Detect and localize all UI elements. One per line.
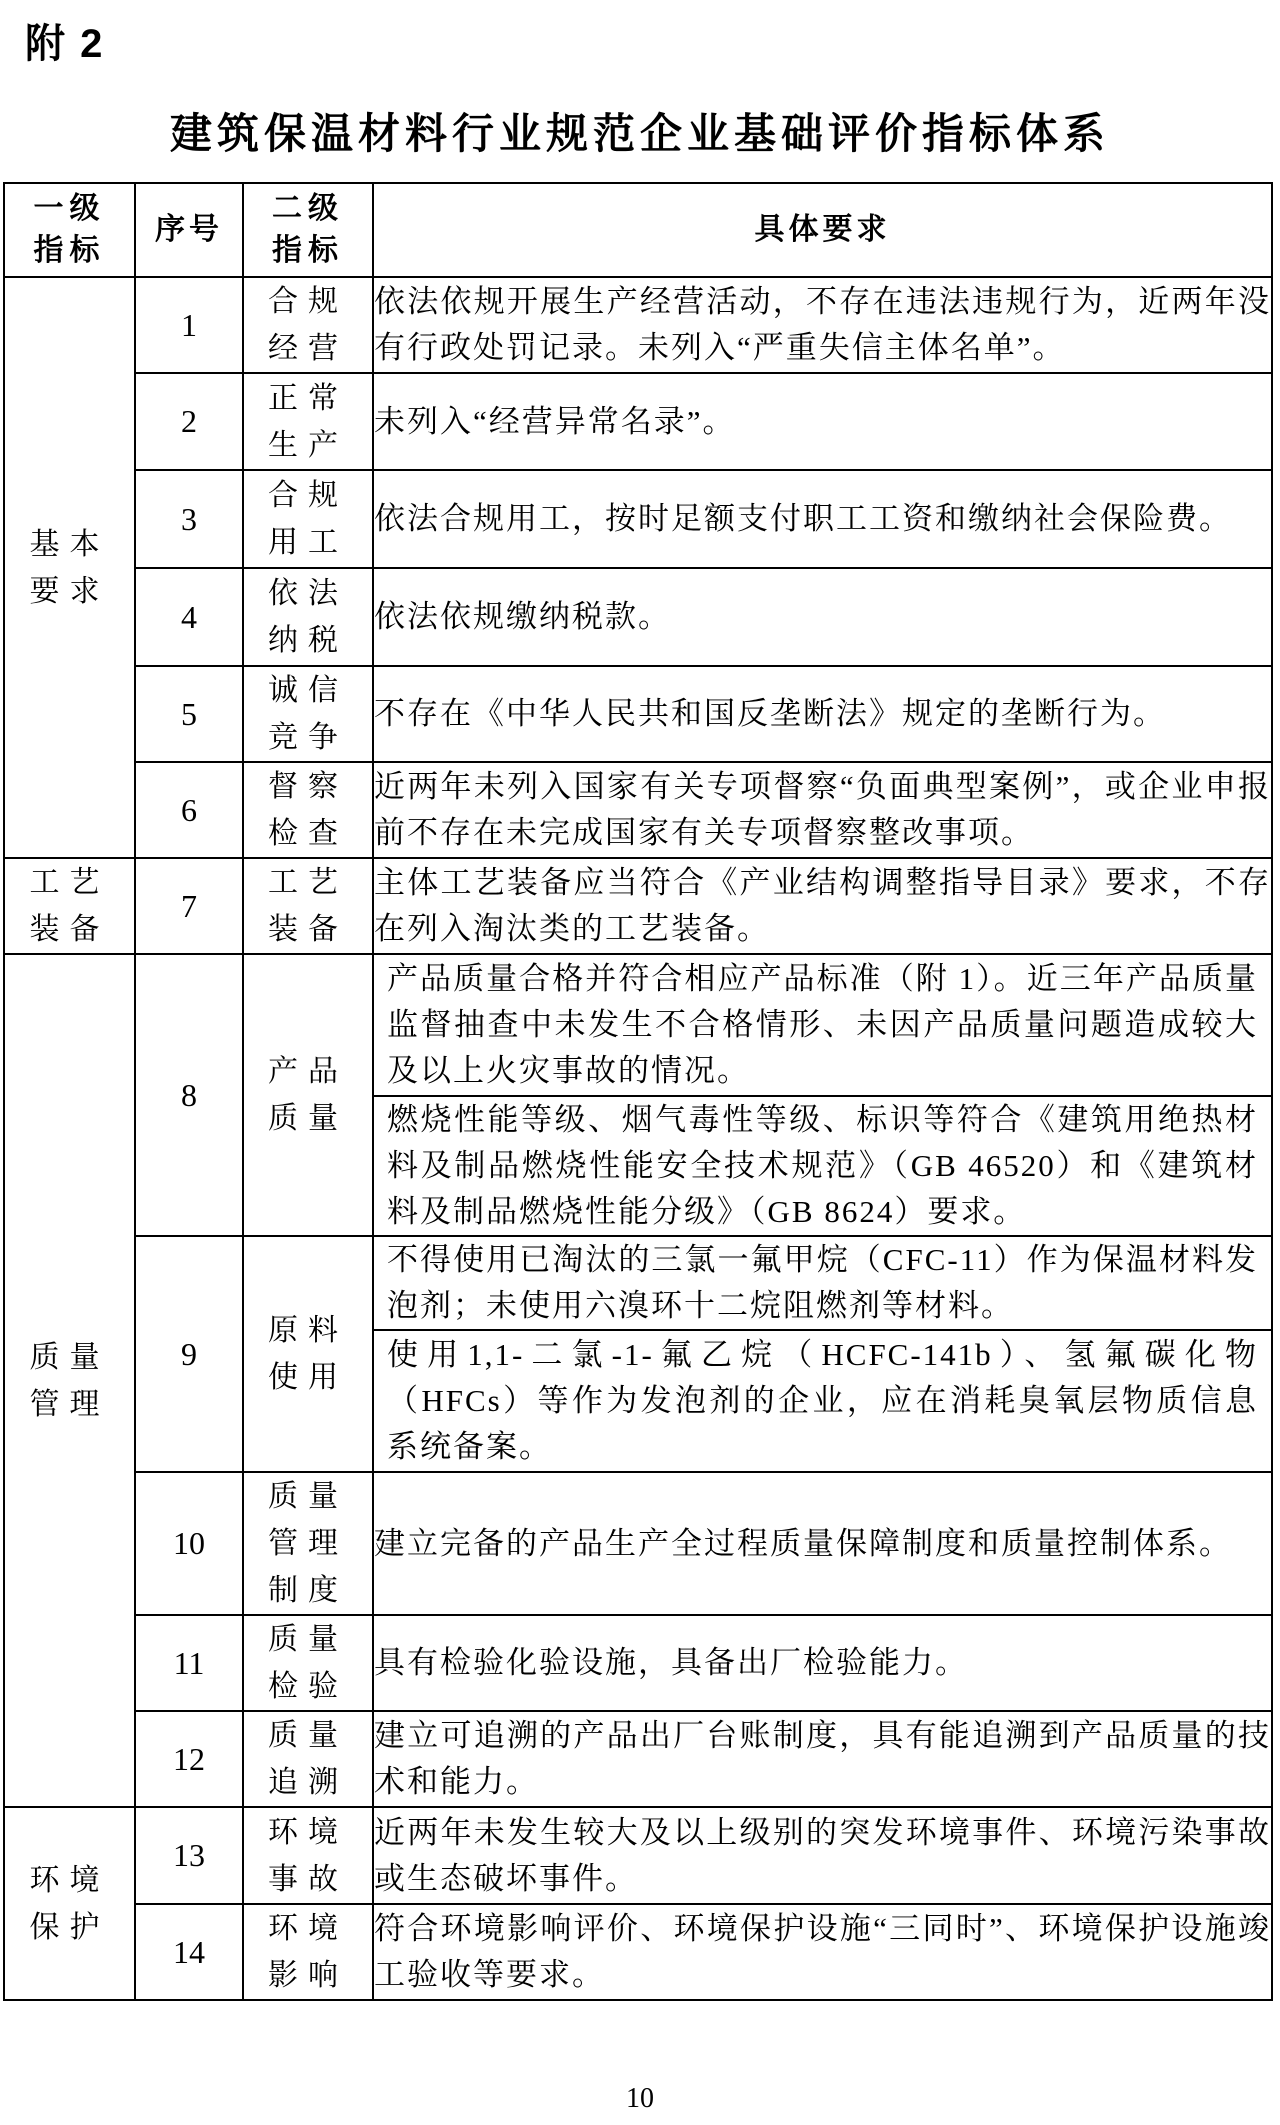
- header-level1-indicator: 一级指标: [4, 183, 135, 277]
- indicator-cell: 产品质量: [243, 954, 373, 1236]
- indicator-label: 依法纳税: [266, 570, 350, 664]
- requirement-cell: 依法合规用工，按时足额支付职工工资和缴纳社会保险费。: [373, 470, 1272, 568]
- requirement-cell: 产品质量合格并符合相应产品标准（附 1）。近三年产品质量监督抽查中未发生不合格情…: [373, 954, 1272, 1236]
- requirement-cell: 依法依规开展生产经营活动，不存在违法违规行为，近两年没有行政处罚记录。未列入“严…: [373, 277, 1272, 373]
- indicator-cell: 合规用工: [243, 470, 373, 568]
- page-number: 10: [0, 2083, 1280, 2115]
- indicator-cell: 合规经营: [243, 277, 373, 373]
- requirement-cell: 建立完备的产品生产全过程质量保障制度和质量控制体系。: [373, 1472, 1272, 1615]
- table-row: 4 依法纳税 依法依规缴纳税款。: [4, 568, 1272, 666]
- header-requirement: 具体要求: [373, 183, 1272, 277]
- requirement-cell: 符合环境影响评价、环境保护设施“三同时”、环境保护设施竣工验收等要求。: [373, 1904, 1272, 2000]
- indicator-cell: 诚信竞争: [243, 666, 373, 762]
- table-row: 基本要求 1 合规经营 依法依规开展生产经营活动，不存在违法违规行为，近两年没有…: [4, 277, 1272, 373]
- requirement-text: 燃烧性能等级、烟气毒性等级、标识等符合《建筑用绝热材料及制品燃烧性能安全技术规范…: [387, 1097, 1258, 1235]
- indicator-label: 工艺装备: [266, 859, 350, 953]
- requirement-cell: 建立可追溯的产品出厂台账制度，具有能追溯到产品质量的技术和能力。: [373, 1711, 1272, 1807]
- requirement-cell: 不存在《中华人民共和国反垄断法》规定的垄断行为。: [373, 666, 1272, 762]
- indicator-label: 质量追溯: [266, 1712, 350, 1806]
- group-label: 基本要求: [28, 521, 112, 615]
- requirement-cell: 近两年未列入国家有关专项督察“负面典型案例”，或企业申报前不存在未完成国家有关专…: [373, 762, 1272, 858]
- table-row: 12 质量追溯 建立可追溯的产品出厂台账制度，具有能追溯到产品质量的技术和能力。: [4, 1711, 1272, 1807]
- requirement-text: 产品质量合格并符合相应产品标准（附 1）。近三年产品质量监督抽查中未发生不合格情…: [387, 956, 1258, 1094]
- requirement-subcell: 产品质量合格并符合相应产品标准（附 1）。近三年产品质量监督抽查中未发生不合格情…: [374, 955, 1271, 1095]
- requirement-subcell: 不得使用已淘汰的三氯一氟甲烷（CFC-11）作为保温材料发泡剂；未使用六溴环十二…: [374, 1237, 1271, 1329]
- header-level1-label: 一级指标: [31, 188, 109, 272]
- group-cell-process-equipment: 工艺装备: [4, 858, 135, 954]
- header-level2-indicator: 二级指标: [243, 183, 373, 277]
- seq-cell: 6: [135, 762, 243, 858]
- indicator-cell: 依法纳税: [243, 568, 373, 666]
- table-row: 质量管理 8 产品质量 产品质量合格并符合相应产品标准（附 1）。近三年产品质量…: [4, 954, 1272, 1236]
- seq-cell: 11: [135, 1615, 243, 1711]
- table-row: 9 原料使用 不得使用已淘汰的三氯一氟甲烷（CFC-11）作为保温材料发泡剂；未…: [4, 1236, 1272, 1472]
- table-row: 5 诚信竞争 不存在《中华人民共和国反垄断法》规定的垄断行为。: [4, 666, 1272, 762]
- seq-cell: 9: [135, 1236, 243, 1472]
- group-label: 工艺装备: [28, 859, 112, 953]
- indicator-cell: 环境事故: [243, 1807, 373, 1904]
- indicator-label: 合规用工: [266, 472, 350, 566]
- seq-cell: 5: [135, 666, 243, 762]
- table-row: 3 合规用工 依法合规用工，按时足额支付职工工资和缴纳社会保险费。: [4, 470, 1272, 568]
- indicator-cell: 质量管理制度: [243, 1472, 373, 1615]
- seq-cell: 1: [135, 277, 243, 373]
- header-level2-label: 二级指标: [269, 188, 347, 272]
- group-label: 质量管理: [28, 1334, 112, 1428]
- indicator-label: 产品质量: [266, 1048, 350, 1142]
- indicator-label: 环境影响: [266, 1905, 350, 1999]
- indicator-cell: 质量追溯: [243, 1711, 373, 1807]
- requirement-cell: 未列入“经营异常名录”。: [373, 373, 1272, 470]
- indicator-label: 诚信竞争: [266, 667, 350, 761]
- indicator-label: 正常生产: [266, 375, 350, 469]
- table-row: 2 正常生产 未列入“经营异常名录”。: [4, 373, 1272, 470]
- indicator-cell: 质量检验: [243, 1615, 373, 1711]
- seq-cell: 12: [135, 1711, 243, 1807]
- seq-cell: 7: [135, 858, 243, 954]
- seq-cell: 2: [135, 373, 243, 470]
- indicator-label: 督察检查: [266, 763, 350, 857]
- table-header-row: 一级指标 序号 二级指标 具体要求: [4, 183, 1272, 277]
- requirement-cell: 主体工艺装备应当符合《产业结构调整指导目录》要求，不存在列入淘汰类的工艺装备。: [373, 858, 1272, 954]
- requirement-text: 使用1,1-二氯-1-氟乙烷（HCFC-141b）、氢氟碳化物（HFCs）等作为…: [387, 1332, 1258, 1470]
- group-cell-environmental-protection: 环境保护: [4, 1807, 135, 2000]
- evaluation-indicator-table: 一级指标 序号 二级指标 具体要求 基本要求 1 合规经营 依法依规开展生产经营…: [3, 182, 1273, 2001]
- attachment-label: 附 2: [25, 12, 104, 69]
- table-row: 10 质量管理制度 建立完备的产品生产全过程质量保障制度和质量控制体系。: [4, 1472, 1272, 1615]
- group-cell-basic-requirements: 基本要求: [4, 277, 135, 858]
- requirement-cell: 依法依规缴纳税款。: [373, 568, 1272, 666]
- indicator-cell: 督察检查: [243, 762, 373, 858]
- indicator-label: 质量检验: [266, 1616, 350, 1710]
- requirement-subcell: 燃烧性能等级、烟气毒性等级、标识等符合《建筑用绝热材料及制品燃烧性能安全技术规范…: [374, 1095, 1271, 1235]
- indicator-label: 合规经营: [266, 278, 350, 372]
- requirement-cell: 不得使用已淘汰的三氯一氟甲烷（CFC-11）作为保温材料发泡剂；未使用六溴环十二…: [373, 1236, 1272, 1472]
- header-seq: 序号: [135, 183, 243, 277]
- indicator-label: 质量管理制度: [266, 1473, 350, 1614]
- seq-cell: 4: [135, 568, 243, 666]
- seq-cell: 14: [135, 1904, 243, 2000]
- indicator-label: 原料使用: [266, 1307, 350, 1401]
- requirement-cell: 具有检验化验设施，具备出厂检验能力。: [373, 1615, 1272, 1711]
- requirement-cell: 近两年未发生较大及以上级别的突发环境事件、环境污染事故或生态破坏事件。: [373, 1807, 1272, 1904]
- table-row: 工艺装备 7 工艺装备 主体工艺装备应当符合《产业结构调整指导目录》要求，不存在…: [4, 858, 1272, 954]
- table-row: 环境保护 13 环境事故 近两年未发生较大及以上级别的突发环境事件、环境污染事故…: [4, 1807, 1272, 1904]
- page-title: 建筑保温材料行业规范企业基础评价指标体系: [0, 101, 1280, 161]
- indicator-label: 环境事故: [266, 1809, 350, 1903]
- group-cell-quality-management: 质量管理: [4, 954, 135, 1807]
- requirement-subcell: 使用1,1-二氯-1-氟乙烷（HCFC-141b）、氢氟碳化物（HFCs）等作为…: [374, 1329, 1271, 1471]
- seq-cell: 13: [135, 1807, 243, 1904]
- indicator-cell: 原料使用: [243, 1236, 373, 1472]
- indicator-cell: 正常生产: [243, 373, 373, 470]
- table-row: 14 环境影响 符合环境影响评价、环境保护设施“三同时”、环境保护设施竣工验收等…: [4, 1904, 1272, 2000]
- seq-cell: 8: [135, 954, 243, 1236]
- requirement-text: 不得使用已淘汰的三氯一氟甲烷（CFC-11）作为保温材料发泡剂；未使用六溴环十二…: [387, 1237, 1258, 1329]
- indicator-cell: 工艺装备: [243, 858, 373, 954]
- table-row: 11 质量检验 具有检验化验设施，具备出厂检验能力。: [4, 1615, 1272, 1711]
- table-row: 6 督察检查 近两年未列入国家有关专项督察“负面典型案例”，或企业申报前不存在未…: [4, 762, 1272, 858]
- seq-cell: 3: [135, 470, 243, 568]
- group-label: 环境保护: [28, 1857, 112, 1951]
- indicator-cell: 环境影响: [243, 1904, 373, 2000]
- seq-cell: 10: [135, 1472, 243, 1615]
